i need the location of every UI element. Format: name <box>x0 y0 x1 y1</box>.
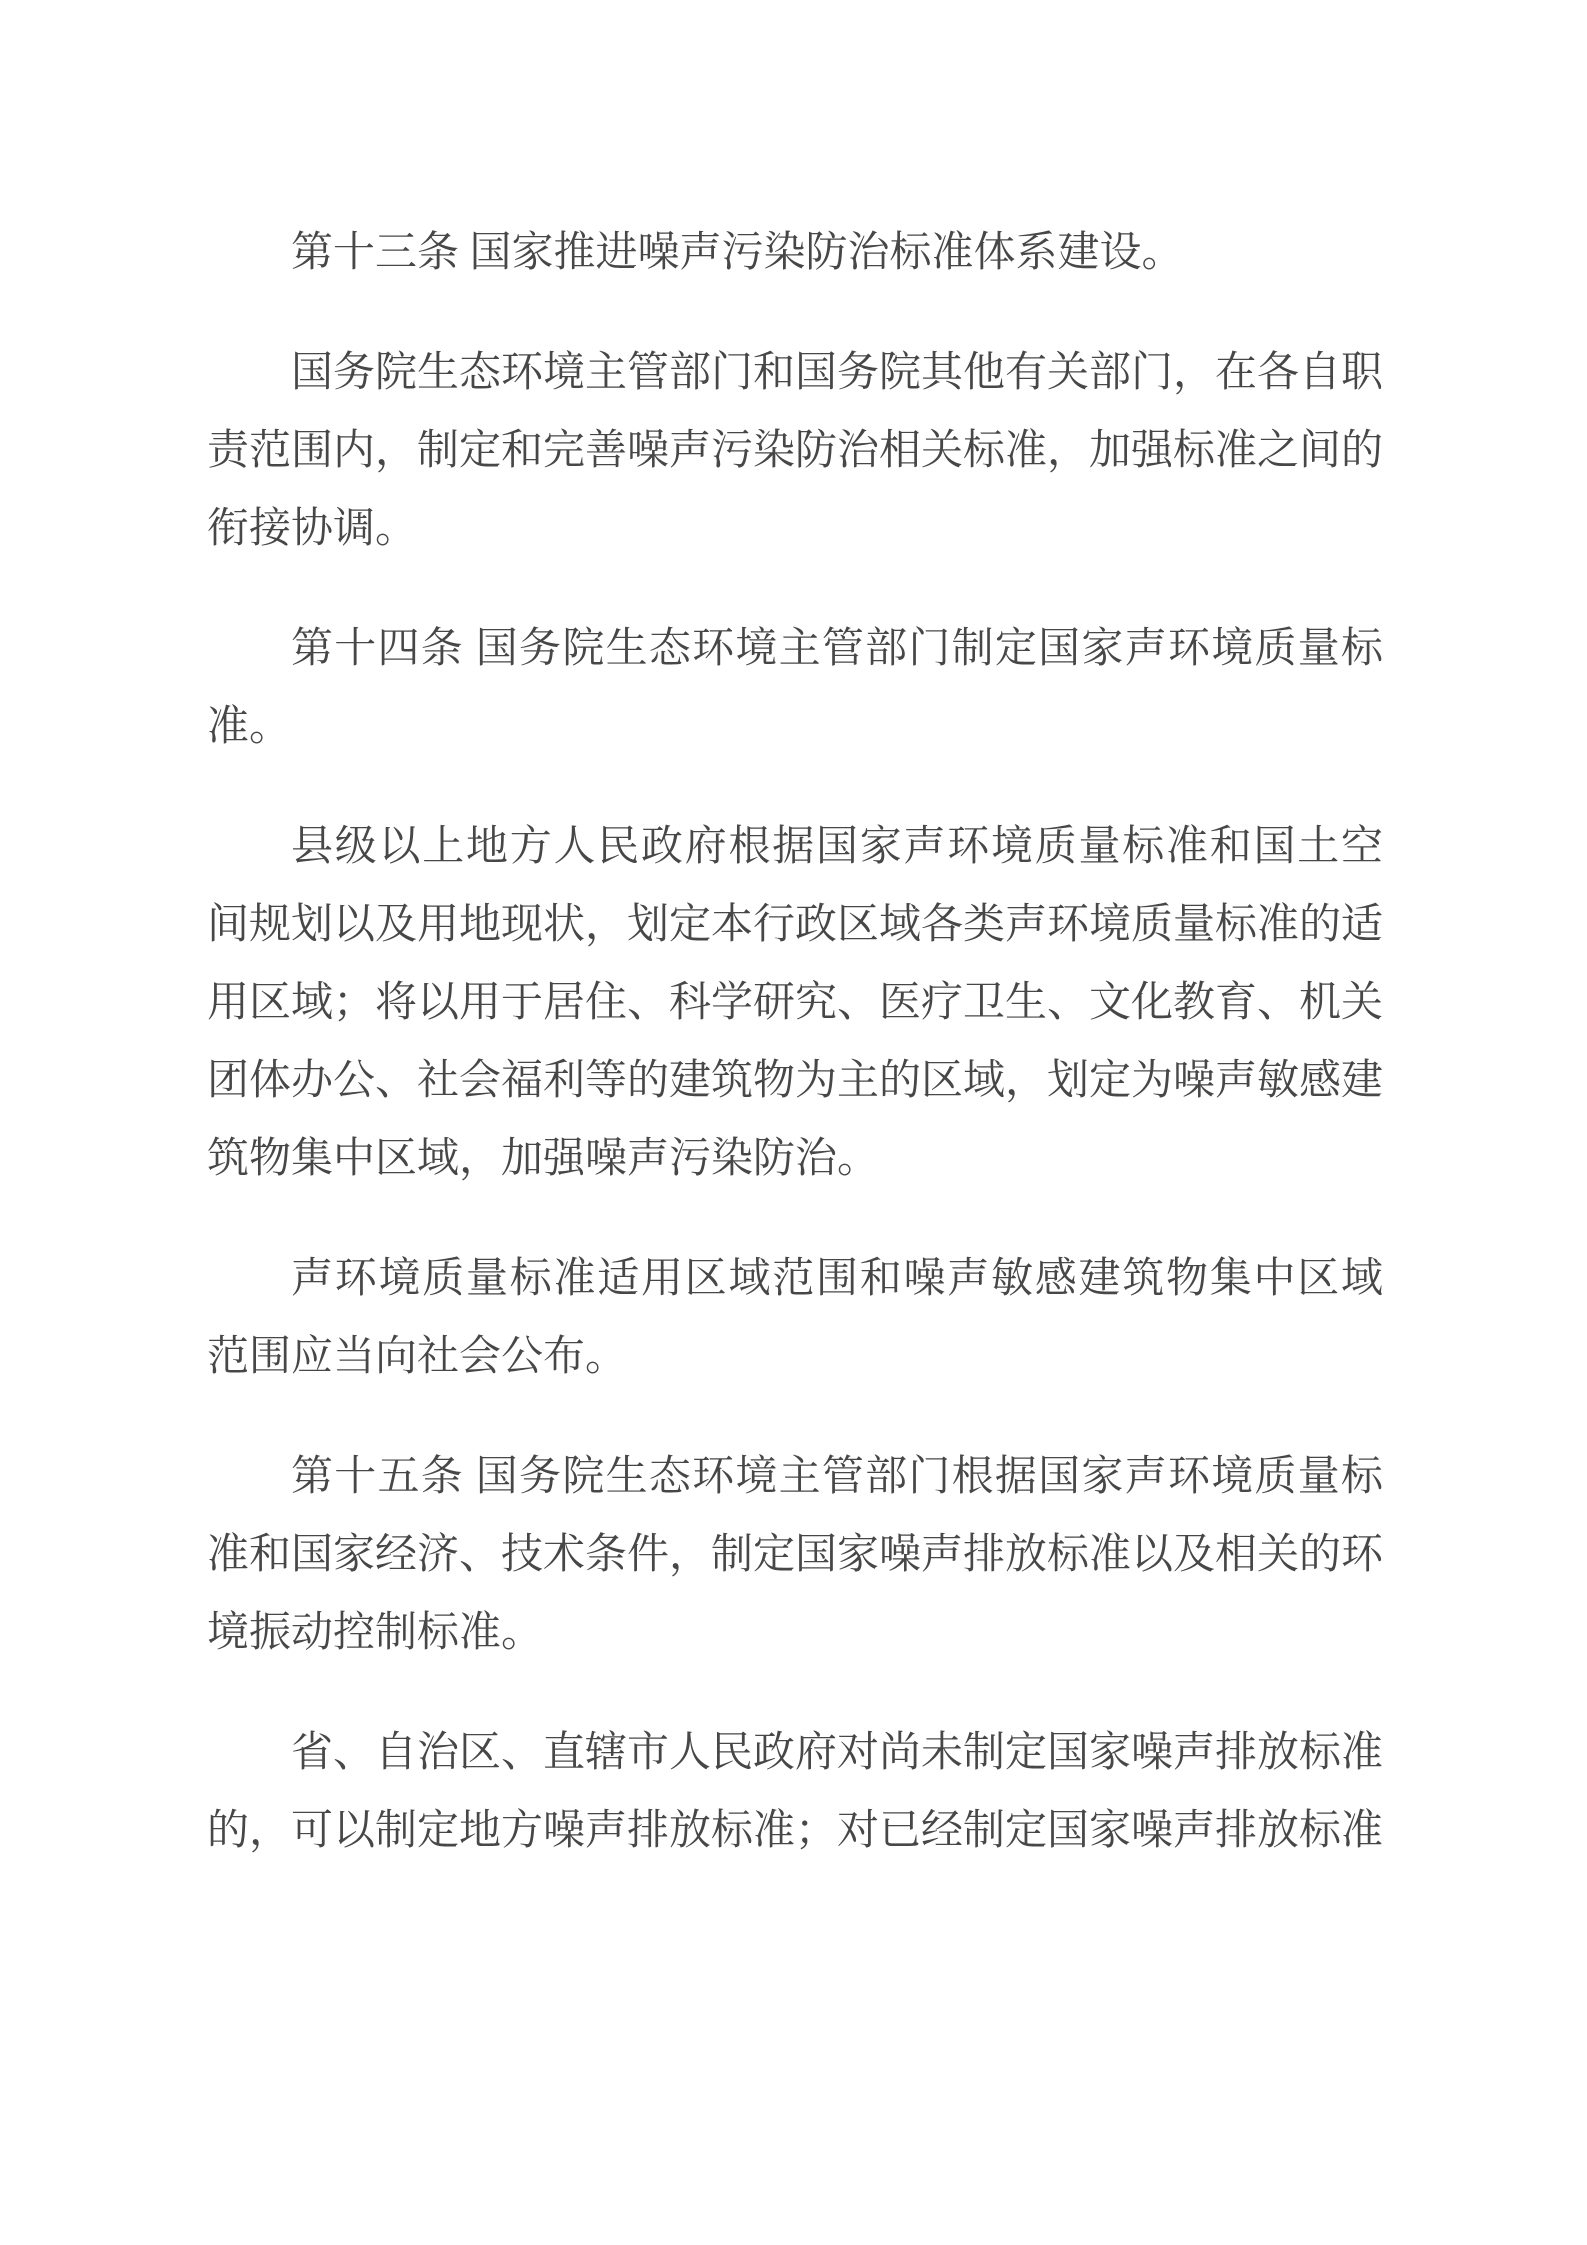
text-line: 境振动控制标准。 <box>207 1594 1383 1672</box>
text-line: 第十四条 国务院生态环境主管部门制定国家声环境质量标 <box>207 610 1383 688</box>
text-line: 团体办公、社会福利等的建筑物为主的区域，划定为噪声敏感建 <box>207 1042 1383 1120</box>
paragraph: 第十四条 国务院生态环境主管部门制定国家声环境质量标 准。 <box>207 610 1383 766</box>
paragraph: 省、自治区、直辖市人民政府对尚未制定国家噪声排放标准 的，可以制定地方噪声排放标… <box>207 1714 1383 1870</box>
text-line: 省、自治区、直辖市人民政府对尚未制定国家噪声排放标准 <box>207 1714 1383 1792</box>
paragraph: 声环境质量标准适用区域范围和噪声敏感建筑物集中区域 范围应当向社会公布。 <box>207 1240 1383 1396</box>
text-line: 用区域；将以用于居住、科学研究、医疗卫生、文化教育、机关 <box>207 964 1383 1042</box>
text-line: 的，可以制定地方噪声排放标准；对已经制定国家噪声排放标准 <box>207 1792 1383 1870</box>
paragraph: 县级以上地方人民政府根据国家声环境质量标准和国土空 间规划以及用地现状，划定本行… <box>207 808 1383 1198</box>
text-line: 县级以上地方人民政府根据国家声环境质量标准和国土空 <box>207 808 1383 886</box>
paragraph: 国务院生态环境主管部门和国务院其他有关部门，在各自职 责范围内，制定和完善噪声污… <box>207 334 1383 568</box>
text-line: 衔接协调。 <box>207 490 1383 568</box>
text-line: 第十三条 国家推进噪声污染防治标准体系建设。 <box>207 214 1383 292</box>
text-line: 间规划以及用地现状，划定本行政区域各类声环境质量标准的适 <box>207 886 1383 964</box>
paragraph: 第十五条 国务院生态环境主管部门根据国家声环境质量标 准和国家经济、技术条件，制… <box>207 1438 1383 1672</box>
text-line: 范围应当向社会公布。 <box>207 1318 1383 1396</box>
document-page: 第十三条 国家推进噪声污染防治标准体系建设。 国务院生态环境主管部门和国务院其他… <box>0 0 1587 2245</box>
text-line: 准和国家经济、技术条件，制定国家噪声排放标准以及相关的环 <box>207 1516 1383 1594</box>
text-line: 筑物集中区域，加强噪声污染防治。 <box>207 1120 1383 1198</box>
text-line: 国务院生态环境主管部门和国务院其他有关部门，在各自职 <box>207 334 1383 412</box>
text-line: 责范围内，制定和完善噪声污染防治相关标准，加强标准之间的 <box>207 412 1383 490</box>
text-line: 第十五条 国务院生态环境主管部门根据国家声环境质量标 <box>207 1438 1383 1516</box>
text-line: 声环境质量标准适用区域范围和噪声敏感建筑物集中区域 <box>207 1240 1383 1318</box>
text-line: 准。 <box>207 688 1383 766</box>
document-text-block: 第十三条 国家推进噪声污染防治标准体系建设。 国务院生态环境主管部门和国务院其他… <box>207 214 1383 1912</box>
paragraph: 第十三条 国家推进噪声污染防治标准体系建设。 <box>207 214 1383 292</box>
